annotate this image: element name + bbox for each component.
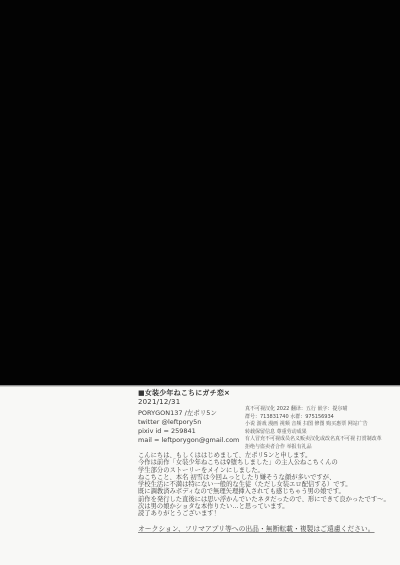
scanlation-line: 拒绝与盗卖者合作 举报有礼品 — [245, 444, 397, 452]
scanlation-line: 转载保留信息 尊重劳动成果 — [245, 429, 397, 437]
scanlation-credits-block: 真不可视汉化 2022 翻译：五行 嵌字：提尔喵 群号：713831740 水群… — [245, 406, 397, 451]
colophon-panel: ■女装少年ねこちにガチ恋× 2021/12/31 PORYGON137 /左ポリ… — [0, 385, 400, 565]
afterword-text-block: こんにちは、もしくははじめまして、左ポリ5ンと申します。 今作は前作「女装少年ね… — [138, 452, 398, 518]
afterword-line: 今作は前作「女装少年ねこちは♀堕ちしました」の主人公ねこちくんの — [138, 459, 398, 466]
black-artwork-area — [0, 0, 400, 385]
scanlation-line: 小说 游戏 漫画 视频 音频 扫图 修图 购买惠票 网站广告 — [245, 421, 397, 429]
doujin-credits-page: ■女装少年ねこちにガチ恋× 2021/12/31 PORYGON137 /左ポリ… — [0, 0, 400, 565]
scanlation-line: 真不可视汉化 2022 翻译：五行 嵌字：提尔喵 — [245, 406, 397, 414]
afterword-line: 読了ありがとうございます！ — [138, 510, 398, 517]
circle-name: PORYGON137 /左ポリ5ン — [138, 409, 239, 418]
twitter-handle: twitter @leftpory5n — [138, 418, 239, 427]
pixiv-id: pixiv id = 259841 — [138, 427, 239, 436]
work-title-block: ■女装少年ねこちにガチ恋× 2021/12/31 — [138, 389, 230, 406]
scanlation-line: 有人冒充不可视成员名义贩卖汉化或改名真不可视 打赏制改革 — [245, 436, 397, 444]
no-resale-notice: オークション、フリマアプリ等への出品・無断転載・複製はご遠慮ください。 — [138, 523, 375, 533]
mail-address: mail = leftporygon@gmail.com — [138, 436, 239, 445]
afterword-line: 既に調教済みボディなので無理矢理挿入されても感じちゃう男の娘です。 — [138, 488, 398, 495]
work-title: ■女装少年ねこちにガチ恋× — [138, 389, 230, 398]
afterword-line: 前作を発行した直後には思い浮かんでいたネタだったので、形にできて良かったです～。 — [138, 496, 398, 503]
afterword-line: 学生部分のストーリーをメインにしました。 — [138, 467, 398, 474]
author-contact-block: PORYGON137 /左ポリ5ン twitter @leftpory5n pi… — [138, 409, 239, 445]
scanlation-line: 群号：713831740 水群：975156934 — [245, 414, 397, 422]
release-date: 2021/12/31 — [138, 398, 230, 407]
